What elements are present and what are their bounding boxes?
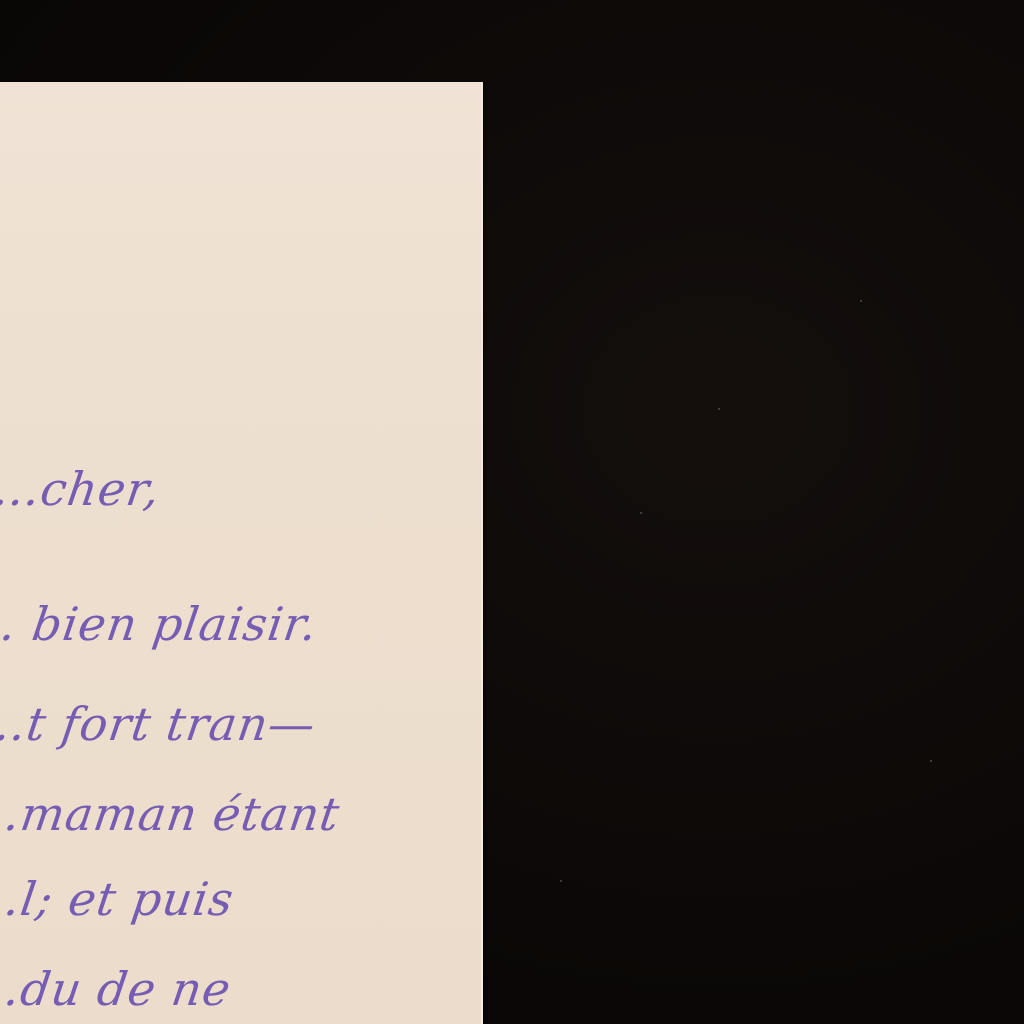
dust-speck bbox=[640, 512, 642, 514]
letter-paper: …cher, … bien plaisir. …t fort tran— …ma… bbox=[0, 82, 483, 1024]
handwritten-line-1: …cher, bbox=[0, 462, 164, 516]
dust-speck bbox=[718, 408, 720, 410]
handwritten-line-3: …t fort tran— bbox=[0, 697, 319, 751]
handwritten-line-2: … bien plaisir. bbox=[0, 597, 321, 651]
handwritten-line-6: …du de ne bbox=[0, 962, 235, 1016]
dust-speck bbox=[930, 760, 932, 762]
handwritten-line-5: …l; et puis bbox=[0, 872, 237, 926]
paper-edge bbox=[481, 82, 483, 1024]
dust-speck bbox=[860, 300, 862, 302]
handwritten-line-4: …maman étant bbox=[0, 787, 343, 841]
dust-speck bbox=[560, 880, 562, 882]
